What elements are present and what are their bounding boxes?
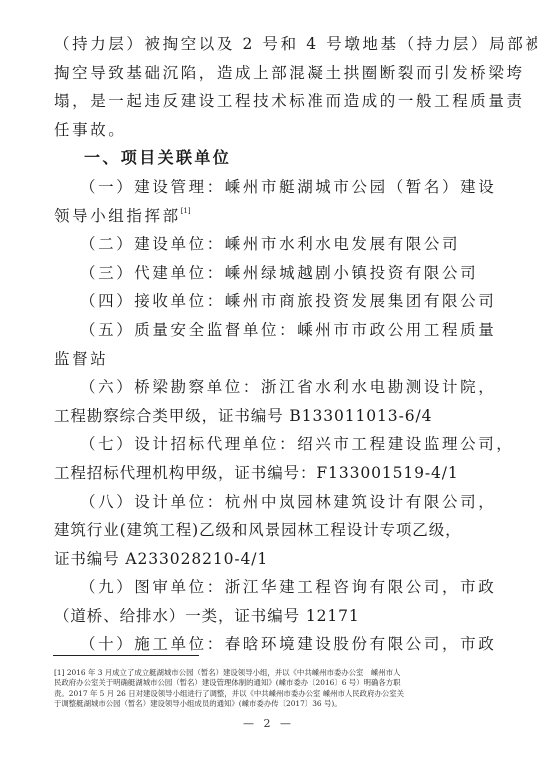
entry-line: （五）质量安全监督单位：嵊州市市政公用工程质量 (54, 316, 456, 345)
paragraph-line: （持力层）被掏空以及 2 号和 4 号墩地基（持力层）局部被 (54, 30, 456, 59)
body-text: （持力层）被掏空以及 2 号和 4 号墩地基（持力层）局部被 掏空导致基础沉陷，… (54, 30, 456, 659)
section-heading: 一、项目关联单位 (54, 144, 456, 173)
entry-text: 领导小组指挥部 (54, 207, 181, 225)
entry-line-continued: 工程招标代理机构甲级，证书编号：F133001519-4/1 (54, 459, 456, 488)
footnote-line: 民政府办公室关于明确艇湖城市公园（暂名）建设管理体制的通知》(嵊市委办〔2016… (54, 678, 484, 688)
footnote: [1] 2016 年 3 月成立了成立艇湖城市公园（暂名）建设领导小组，并以《中… (54, 668, 484, 710)
entry-line-continued: 工程勘察综合类甲级，证书编号 B133011013-6/4 (54, 402, 456, 431)
entry-line: （一）建设管理：嵊州市艇湖城市公园（暂名）建设 (54, 173, 456, 202)
entry-line: （八）设计单位：杭州中岚园林建筑设计有限公司， (54, 488, 456, 517)
entry-line: （九）图审单位：浙江华建工程咨询有限公司，市政 (54, 573, 456, 602)
entry-line-continued: 领导小组指挥部[1] (54, 202, 456, 231)
footnote-line: [1] 2016 年 3 月成立了成立艇湖城市公园（暂名）建设领导小组，并以《中… (54, 668, 484, 678)
page-number: — 2 — (0, 717, 537, 730)
document-page: （持力层）被掏空以及 2 号和 4 号墩地基（持力层）局部被 掏空导致基础沉陷，… (0, 0, 537, 765)
paragraph-line: 塌，是一起违反建设工程技术标准而造成的一般工程质量责 (54, 87, 456, 116)
entry-line: （四）接收单位：嵊州市商旅投资发展集团有限公司 (54, 287, 456, 316)
footnote-divider (53, 655, 199, 656)
footnote-line: 于调整艇湖城市公园（暂名）建设领导小组成员的通知》(嵊市委办传〔2017〕36 … (54, 699, 484, 709)
entry-line-continued: 建筑行业(建筑工程)乙级和风景园林工程设计专项乙级， (54, 516, 456, 545)
entry-line-continued: 证书编号 A233028210-4/1 (54, 545, 456, 574)
footnote-line: 责。2017 年 5 月 26 日对建设领导小组进行了调整，并以《中共嵊州市委办… (54, 689, 484, 699)
paragraph-line: 任事故。 (54, 116, 456, 145)
entry-line-continued: 监督站 (54, 345, 456, 374)
entry-line-continued: （道桥、给排水）一类，证书编号 12171 (54, 602, 456, 631)
entry-line: （六）桥梁勘察单位：浙江省水利水电勘测设计院， (54, 373, 456, 402)
entry-line: （二）建设单位：嵊州市水利水电发展有限公司 (54, 230, 456, 259)
entry-line: （三）代建单位：嵊州绿城越剧小镇投资有限公司 (54, 259, 456, 288)
footnote-ref[interactable]: [1] (181, 207, 191, 215)
paragraph-line: 掏空导致基础沉陷，造成上部混凝土拱圈断裂而引发桥梁垮 (54, 59, 456, 88)
entry-line: （七）设计招标代理单位：绍兴市工程建设监理公司， (54, 430, 456, 459)
